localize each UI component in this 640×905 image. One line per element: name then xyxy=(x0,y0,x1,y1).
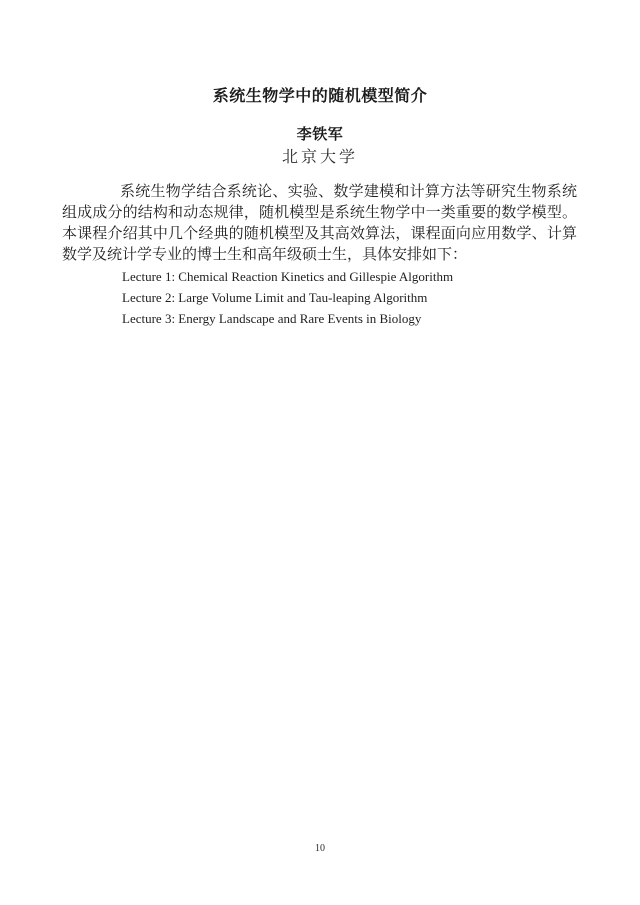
lecture-list: Lecture 1: Chemical Reaction Kinetics an… xyxy=(62,266,577,329)
page-title: 系统生物学中的随机模型简介 xyxy=(0,0,640,108)
document-page: 系统生物学中的随机模型简介 李铁军 北京大学 系统生物学结合系统论、实验、数学建… xyxy=(0,0,640,905)
lecture-item-3: Lecture 3: Energy Landscape and Rare Eve… xyxy=(62,308,577,329)
affiliation: 北京大学 xyxy=(0,149,640,166)
lecture-item-1: Lecture 1: Chemical Reaction Kinetics an… xyxy=(62,266,577,287)
lecture-item-2: Lecture 2: Large Volume Limit and Tau-le… xyxy=(62,287,577,308)
author-name: 李铁军 xyxy=(0,127,640,143)
intro-paragraph: 系统生物学结合系统论、实验、数学建模和计算方法等研究生物系统组成成分的结构和动态… xyxy=(62,182,577,266)
page-number: 10 xyxy=(0,843,640,855)
